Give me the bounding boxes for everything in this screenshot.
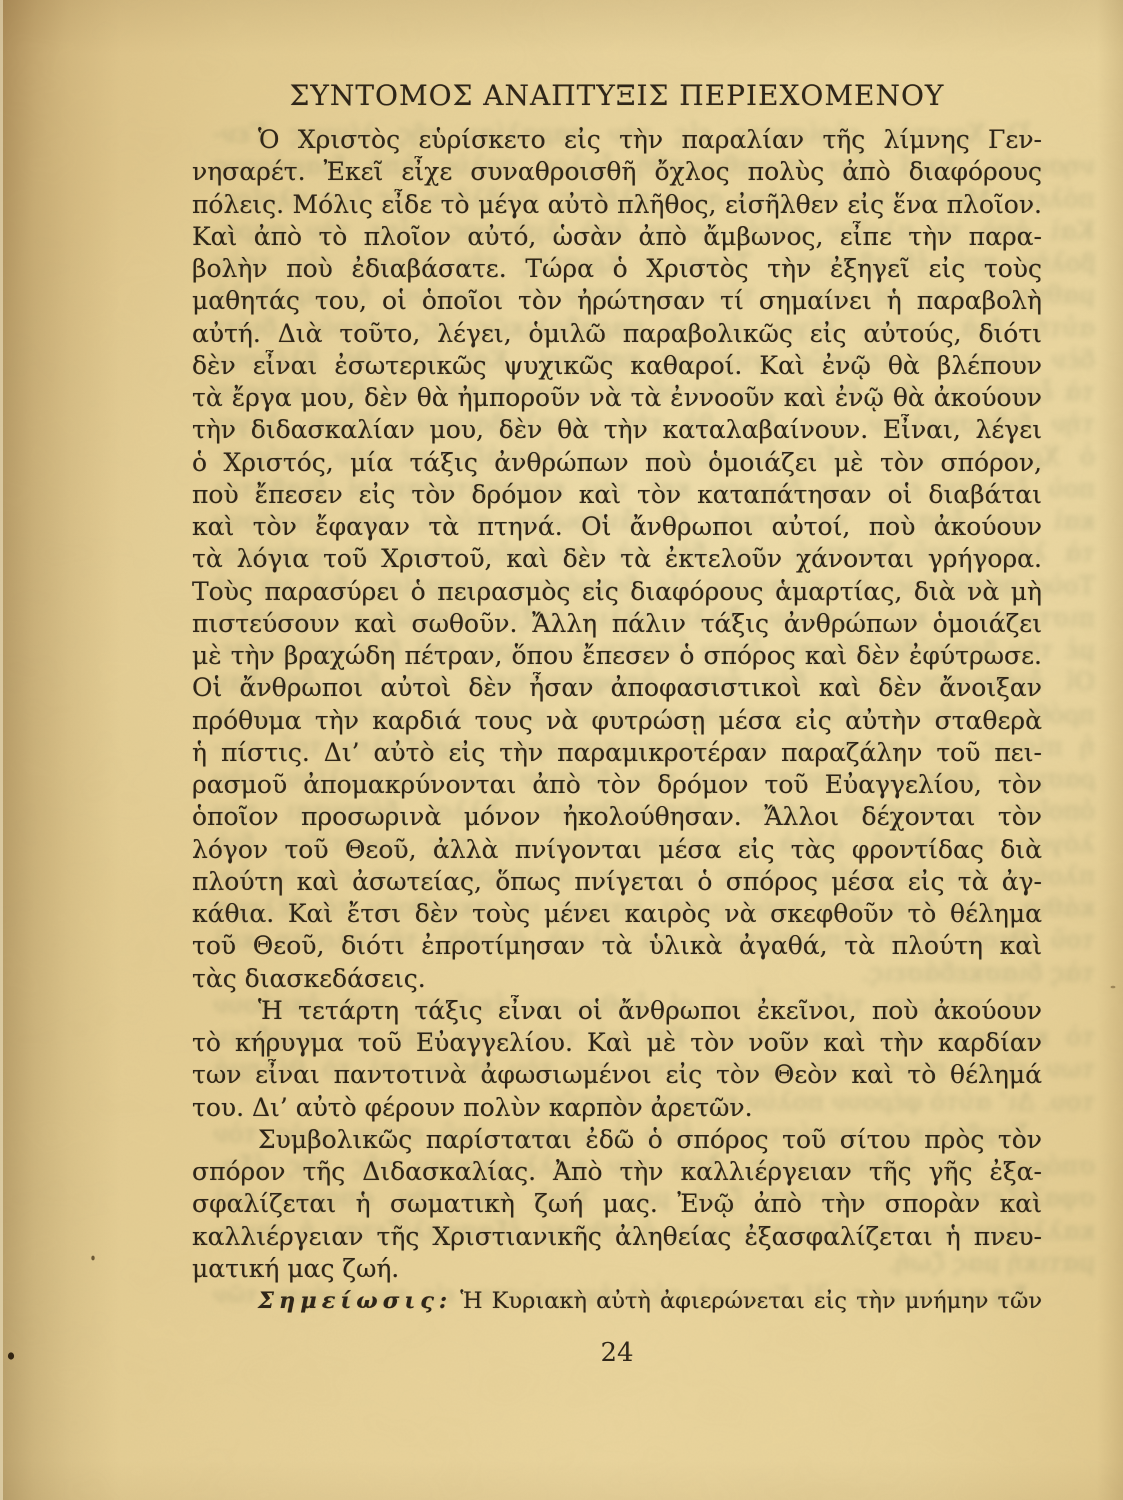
text-line: του. Δι’ αὐτὸ φέρουν πολὺν καρπὸν ἀρετῶν… bbox=[192, 1092, 1042, 1124]
footnote-line: Σημείωσις:Ἡ Κυριακὴ αὐτὴ ἀφιερώνεται εἰς… bbox=[192, 1285, 1042, 1317]
text-line: λόγον τοῦ Θεοῦ, ἀλλὰ πνίγονται μέσα εἰς … bbox=[192, 834, 1042, 866]
ink-speck bbox=[91, 1256, 94, 1261]
text-line: Ὁ Χριστὸς εὑρίσκετο εἰς τὴν παραλίαν τῆς… bbox=[192, 124, 1042, 156]
text-line: Οἱ ἄνθρωποι αὐτοὶ δὲν ἦσαν ἀποφασιστικοὶ… bbox=[192, 672, 1042, 704]
ink-speck bbox=[8, 1352, 14, 1359]
scan-left-edge-strip bbox=[0, 0, 3, 1500]
text-line: τὰς διασκεδάσεις. bbox=[192, 963, 1042, 995]
text-line: τὸ κήρυγμα τοῦ Εὐαγγελίου. Καὶ μὲ τὸν νο… bbox=[192, 1027, 1042, 1059]
text-line: τὰ λόγια τοῦ Χριστοῦ, καὶ δὲν τὰ ἐκτελοῦ… bbox=[192, 543, 1042, 575]
text-line: καλλιέργειαν τῆς Χριστιανικῆς ἀληθείας ἐ… bbox=[192, 1221, 1042, 1253]
text-line: ποὺ ἔπεσεν εἰς τὸν δρόμον καὶ τὸν καταπά… bbox=[192, 479, 1042, 511]
text-line: καὶ τὸν ἔφαγαν τὰ πτηνά. Οἱ ἄνθρωποι αὐτ… bbox=[192, 511, 1042, 543]
text-line: πρόθυμα τὴν καρδιά τους νὰ φυτρώσῃ μέσα … bbox=[192, 705, 1042, 737]
page-header-title: ΣΥΝΤΟΜΟΣ ΑΝΑΠΤΥΞΙΣ ΠΕΡΙΕΧΟΜΕΝΟΥ bbox=[192, 79, 1042, 112]
text-line: τὰ ἔργα μου, δὲν θὰ ἠμποροῦν νὰ τὰ ἐννοο… bbox=[192, 382, 1042, 414]
text-line: νησαρέτ. Ἐκεῖ εἶχε συναθροισθῆ ὄχλος πολ… bbox=[192, 156, 1042, 188]
text-line: βολὴν ποὺ ἐδιαβάσατε. Τώρα ὁ Χριστὸς τὴν… bbox=[192, 253, 1042, 285]
text-line: Τοὺς παρασύρει ὁ πειρασμὸς εἰς διαφόρους… bbox=[192, 576, 1042, 608]
text-line: δὲν εἶναι ἐσωτερικῶς ψυχικῶς καθαροί. Κα… bbox=[192, 350, 1042, 382]
text-line: τὴν διδασκαλίαν μου, δὲν θὰ τὴν καταλαβα… bbox=[192, 414, 1042, 446]
text-line: πόλεις. Μόλις εἶδε τὸ μέγα αὐτὸ πλῆθος, … bbox=[192, 189, 1042, 221]
text-line: ρασμοῦ ἀπομακρύνονται ἀπὸ τὸν δρόμον τοῦ… bbox=[192, 769, 1042, 801]
text-line: Συμβολικῶς παρίσταται ἐδῶ ὁ σπόρος τοῦ σ… bbox=[192, 1124, 1042, 1156]
text-line: ματική μας ζωή. bbox=[192, 1253, 1042, 1285]
text-line: πιστεύσουν καὶ σωθοῦν. Ἄλλη πάλιν τάξις … bbox=[192, 608, 1042, 640]
text-line: σφαλίζεται ἡ σωματικὴ ζωή μας. Ἐνῷ ἀπὸ τ… bbox=[192, 1188, 1042, 1220]
text-line: ὁ Χριστός, μία τάξις ἀνθρώπων ποὺ ὁμοιάζ… bbox=[192, 447, 1042, 479]
text-line: Καὶ ἀπὸ τὸ πλοῖον αὐτό, ὡσὰν ἀπὸ ἄμβωνος… bbox=[192, 221, 1042, 253]
ink-speck bbox=[1111, 986, 1116, 989]
text-line: ἡ πίστις. Δι’ αὐτὸ εἰς τὴν παραμικροτέρα… bbox=[192, 737, 1042, 769]
text-line: τοῦ Θεοῦ, διότι ἐπροτίμησαν τὰ ὑλικὰ ἀγα… bbox=[192, 930, 1042, 962]
text-line: μὲ τὴν βραχώδη πέτραν, ὅπου ἔπεσεν ὁ σπό… bbox=[192, 640, 1042, 672]
text-line: Ἡ τετάρτη τάξις εἶναι οἱ ἄνθρωποι ἐκεῖνο… bbox=[192, 995, 1042, 1027]
footnote-label: Σημείωσις: bbox=[258, 1288, 460, 1314]
text-line: ὁποῖον προσωρινὰ μόνον ἠκολούθησαν. Ἄλλο… bbox=[192, 801, 1042, 833]
text-line: πλούτη καὶ ἀσωτείας, ὅπως πνίγεται ὁ σπό… bbox=[192, 866, 1042, 898]
text-line: κάθια. Καὶ ἔτσι δὲν τοὺς μένει καιρὸς νὰ… bbox=[192, 898, 1042, 930]
text-line: σπόρον τῆς Διδασκαλίας. Ἀπὸ τὴν καλλιέργ… bbox=[192, 1156, 1042, 1188]
page-number: 24 bbox=[192, 1338, 1042, 1368]
body-text-block: Ὁ Χριστὸς εὑρίσκετο εἰς τὴν παραλίαν τῆς… bbox=[192, 124, 1042, 1317]
text-line: των εἶναι παντοτινὰ ἀφωσιωμένοι εἰς τὸν … bbox=[192, 1059, 1042, 1091]
scanned-book-page: Ὁ Χριστὸς εὑρίσκετο εἰς τὴν παραλίαν τῆς… bbox=[0, 0, 1123, 1500]
text-line: αὐτή. Διὰ τοῦτο, λέγει, ὁμιλῶ παραβολικῶ… bbox=[192, 318, 1042, 350]
text-line: μαθητάς του, οἱ ὁποῖοι τὸν ἠρώτησαν τί σ… bbox=[192, 285, 1042, 317]
